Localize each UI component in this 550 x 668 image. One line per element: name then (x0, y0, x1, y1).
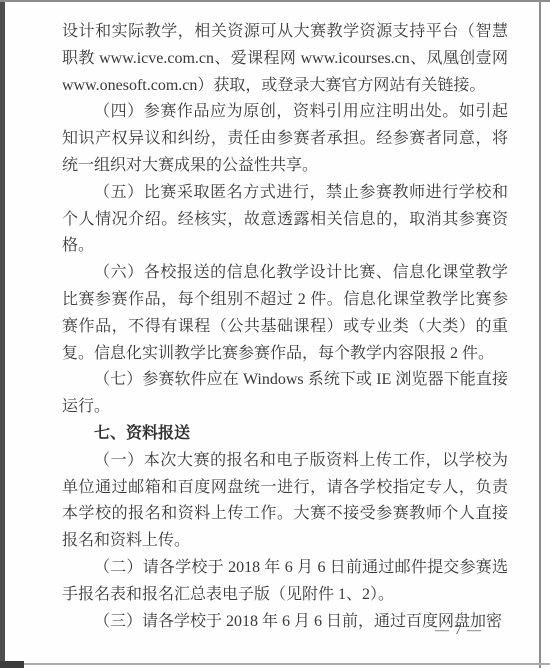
scanned-document-page: 设计和实际教学，相关资源可从大赛教学资源支持平台（智慧职教 www.icve.c… (0, 0, 550, 668)
paragraph-platform-resources: 设计和实际教学，相关资源可从大赛教学资源支持平台（智慧职教 www.icve.c… (62, 19, 508, 99)
scan-border-right (539, 0, 541, 668)
document-body: 设计和实际教学，相关资源可从大赛教学资源支持平台（智慧职教 www.icve.c… (62, 19, 508, 635)
paragraph-item-6-entry-limits: （六）各校报送的信息化教学设计比赛、信息化课堂教学比赛参赛作品，每个组别不超过 … (62, 260, 508, 367)
paragraph-item-2-email-deadline: （二）请各学校于 2018 年 6 月 6 日前通过邮件提交参赛选手报名表和报名… (62, 555, 508, 609)
scan-border-bottom (0, 663, 550, 665)
section-heading-material-submission: 七、资料报送 (62, 421, 508, 448)
paragraph-item-1-registration: （一）本次大赛的报名和电子版资料上传工作，以学校为单位通过邮箱和百度网盘统一进行… (62, 448, 508, 555)
page-number: — 7 — (435, 623, 482, 639)
paragraph-item-7-software: （七）参赛软件应在 Windows 系统下或 IE 浏览器下能直接运行。 (62, 367, 508, 421)
scan-edge-left (0, 0, 5, 668)
scan-border-top (0, 0, 550, 2)
paragraph-item-5-anonymous: （五）比赛采取匿名方式进行，禁止参赛教师进行学校和个人情况介绍。经核实，故意透露… (62, 180, 508, 260)
scan-edge-bottom-left-corner (0, 661, 24, 668)
paragraph-item-4-originality: （四）参赛作品应为原创，资料引用应注明出处。如引起知识产权异议和纠纷，责任由参赛… (62, 99, 508, 179)
